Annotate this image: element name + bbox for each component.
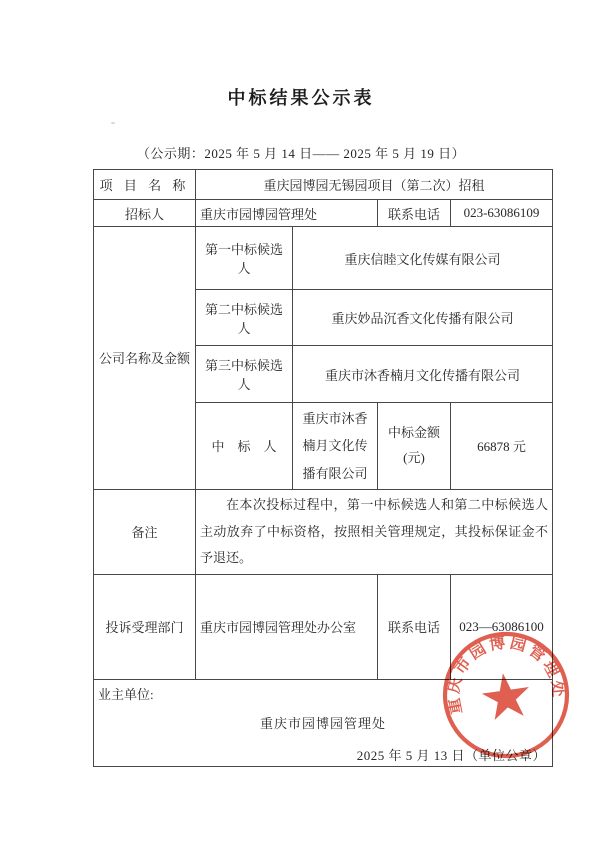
scan-artifact <box>111 122 115 124</box>
candidate-3-value: 重庆市沐香楠月文化传播有限公司 <box>293 346 553 403</box>
project-name-label: 项 目 名 称 <box>94 170 196 200</box>
table-row-remarks: 备注 在本次投标过程中，第一中标候选人和第二中标候选人主动放弃了中标资格，按照相… <box>94 489 553 574</box>
candidate-2-label: 第二中标候选人 <box>196 290 293 346</box>
winner-amount-value: 66878 元 <box>451 403 553 490</box>
remarks-label: 备注 <box>94 489 196 574</box>
complaints-phone-label: 联系电话 <box>378 574 451 679</box>
complaints-value: 重庆市园博园管理处办公室 <box>196 574 378 679</box>
page-title: 中标结果公示表 <box>0 0 602 110</box>
project-name-value: 重庆园博园无锡园项目（第二次）招租 <box>196 170 553 200</box>
owner-cell: 业主单位: 重庆市园博园管理处 2025 年 5 月 13 日（单位公章） <box>94 679 553 766</box>
winner-amount-label-line1: 中标金额 <box>382 421 446 446</box>
table-row-candidate-1: 公司名称及金额 第一中标候选人 重庆信睦文化传媒有限公司 <box>94 227 553 290</box>
tenderer-phone-label: 联系电话 <box>378 200 451 227</box>
candidate-3-label: 第三中标候选人 <box>196 346 293 403</box>
candidate-1-value: 重庆信睦文化传媒有限公司 <box>293 227 553 290</box>
candidate-1-label: 第一中标候选人 <box>196 227 293 290</box>
table-row-project: 项 目 名 称 重庆园博园无锡园项目（第二次）招租 <box>94 170 553 200</box>
tenderer-value: 重庆市园博园管理处 <box>196 200 378 227</box>
owner-date: 2025 年 5 月 13 日（单位公章） <box>98 745 548 764</box>
complaints-label: 投诉受理部门 <box>94 574 196 679</box>
document-page: { "page": { "title": "中标结果公示表", "publici… <box>0 0 602 842</box>
winner-amount-label: 中标金额 (元) <box>378 403 451 490</box>
bid-result-table: 项 目 名 称 重庆园博园无锡园项目（第二次）招租 招标人 重庆市园博园管理处 … <box>93 169 553 767</box>
table-row-owner: 业主单位: 重庆市园博园管理处 2025 年 5 月 13 日（单位公章） <box>94 679 553 766</box>
winner-label: 中 标 人 <box>196 403 293 490</box>
remarks-value: 在本次投标过程中，第一中标候选人和第二中标候选人主动放弃了中标资格，按照相关管理… <box>196 489 553 574</box>
winner-amount-label-line2: (元) <box>382 446 446 471</box>
table-row-complaints: 投诉受理部门 重庆市园博园管理处办公室 联系电话 023—63086100 <box>94 574 553 679</box>
tenderer-label: 招标人 <box>94 200 196 227</box>
tenderer-phone-value: 023-63086109 <box>451 200 553 227</box>
complaints-phone-value: 023—63086100 <box>451 574 553 679</box>
winner-company-value: 重庆市沐香楠月文化传播有限公司 <box>293 403 378 490</box>
companies-section-label: 公司名称及金额 <box>94 227 196 490</box>
owner-org: 重庆市园博园管理处 <box>98 713 548 732</box>
publicity-period: （公示期：2025 年 5 月 14 日—— 2025 年 5 月 19 日） <box>0 143 602 162</box>
owner-label: 业主单位: <box>98 684 548 703</box>
candidate-2-value: 重庆妙品沉香文化传播有限公司 <box>293 290 553 346</box>
table-row-tenderer: 招标人 重庆市园博园管理处 联系电话 023-63086109 <box>94 200 553 227</box>
